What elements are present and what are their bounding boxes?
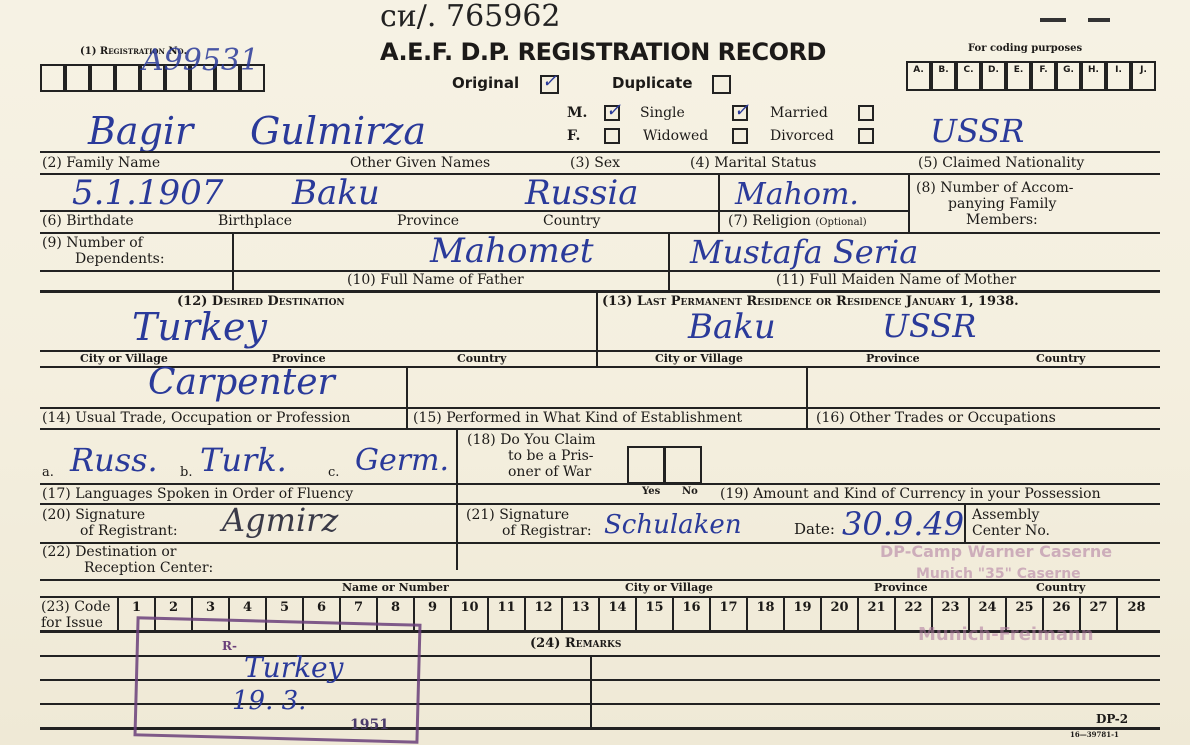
- code-cell[interactable]: 15: [637, 598, 674, 630]
- other-trades-label: (16) Other Trades or Occupations: [816, 411, 1056, 425]
- remarks-label: (24) Remarks: [530, 637, 621, 650]
- mother-name-value[interactable]: Mustafa Seria: [690, 236, 918, 268]
- lang-b-prefix: b.: [180, 466, 192, 479]
- coding-box[interactable]: F.: [1031, 61, 1056, 91]
- marital-married-checkbox[interactable]: [858, 105, 874, 121]
- dp-registration-card: ᴄᴎ/. 765962 (1) Registration No. A99531 …: [0, 0, 1190, 745]
- code-cell[interactable]: 28: [1118, 598, 1155, 630]
- code-cell[interactable]: 18: [748, 598, 785, 630]
- original-check-icon: ✓: [542, 73, 557, 91]
- accompanying-label-2: panying Family: [948, 197, 1056, 211]
- duplicate-label: Duplicate: [612, 76, 693, 91]
- birthdate-value[interactable]: 5.1.1907: [72, 176, 223, 210]
- code-label-2: for Issue: [41, 616, 103, 630]
- marital-single-check-icon: ✓: [734, 102, 749, 120]
- lang-a-value[interactable]: Russ.: [70, 444, 158, 476]
- code-cell[interactable]: 12: [526, 598, 563, 630]
- coding-box[interactable]: I.: [1106, 61, 1131, 91]
- code-cell[interactable]: 11: [489, 598, 526, 630]
- code-cell[interactable]: 17: [711, 598, 748, 630]
- lang-c-prefix: c.: [328, 466, 339, 479]
- coding-box[interactable]: E.: [1006, 61, 1031, 91]
- mother-name-label: (11) Full Maiden Name of Mother: [776, 273, 1016, 287]
- lang-c-value[interactable]: Germ.: [355, 446, 449, 476]
- pow-yes-label: Yes: [642, 487, 660, 497]
- camp-stamp-line-1: DP-Camp Warner Caserne: [880, 542, 1112, 561]
- dependents-label-2: Dependents:: [75, 252, 165, 266]
- assembly-label-2: Center No.: [972, 524, 1050, 538]
- remarks-stamp-year: 1951: [350, 718, 389, 732]
- last-residence-city-value[interactable]: Baku: [688, 310, 776, 344]
- sig-registrant-value[interactable]: Agmirz: [222, 504, 338, 536]
- sex-m-label: M.: [567, 106, 587, 120]
- sex-f-label: F.: [567, 129, 580, 143]
- code-cell[interactable]: 19: [785, 598, 822, 630]
- camp-stamp-line-2: Munich "35" Caserne: [916, 566, 1081, 582]
- destination-label-2: Reception Center:: [84, 561, 213, 575]
- name-or-number-label: Name or Number: [342, 582, 449, 593]
- dest-country-label: Country: [457, 353, 506, 364]
- sex-f-checkbox[interactable]: [604, 128, 620, 144]
- currency-label: (19) Amount and Kind of Currency in your…: [720, 487, 1101, 501]
- country-value[interactable]: Russia: [525, 176, 639, 210]
- birthplace-value[interactable]: Baku: [292, 176, 380, 210]
- coding-box[interactable]: H.: [1081, 61, 1106, 91]
- lang-a-prefix: a.: [42, 466, 54, 479]
- establishment-label: (15) Performed in What Kind of Establish…: [413, 411, 742, 425]
- res-city-label: City or Village: [655, 353, 743, 364]
- pow-label-2: to be a Pris-: [508, 449, 594, 463]
- camp-stamp-line-3: Munich-Freimann: [918, 624, 1094, 645]
- nationality-value[interactable]: USSR: [930, 115, 1024, 147]
- pow-no-label: No: [682, 487, 698, 497]
- remarks-stamp-prefix: R-: [222, 640, 237, 652]
- marital-married-label: Married: [770, 106, 828, 120]
- province-label: Province: [397, 214, 459, 228]
- coding-box[interactable]: B.: [931, 61, 956, 91]
- marital-divorced-label: Divorced: [770, 129, 834, 143]
- lang-b-value[interactable]: Turk.: [200, 444, 287, 476]
- trade-value[interactable]: Carpenter: [148, 365, 335, 401]
- nationality-label: (5) Claimed Nationality: [918, 156, 1084, 170]
- birthplace-label: Birthplace: [218, 214, 292, 228]
- family-name-value[interactable]: Bagir: [88, 112, 193, 150]
- religion-label-text: (7) Religion: [728, 213, 811, 229]
- date-value[interactable]: 30.9.49: [842, 508, 964, 540]
- pow-no-box[interactable]: [664, 446, 702, 484]
- date-label: Date:: [794, 522, 835, 537]
- religion-optional-text: (Optional): [815, 217, 866, 228]
- duplicate-checkbox[interactable]: [712, 75, 731, 94]
- religion-value[interactable]: Mahom.: [735, 180, 859, 210]
- sex-m-check-icon: ✓: [606, 102, 621, 120]
- pow-yes-box[interactable]: [627, 446, 665, 484]
- remarks-stamp-date: 19. 3.: [232, 688, 306, 714]
- code-cell[interactable]: 16: [674, 598, 711, 630]
- coding-box[interactable]: A.: [906, 61, 931, 91]
- res-country-label: Country: [1036, 353, 1085, 364]
- code-cell[interactable]: 20: [822, 598, 859, 630]
- coding-label: For coding purposes: [968, 44, 1082, 54]
- code-cell[interactable]: 10: [452, 598, 489, 630]
- sig-registrar-label-2: of Registrar:: [502, 524, 592, 538]
- accompanying-label-1: (8) Number of Accom-: [916, 181, 1074, 195]
- pow-label-3: oner of War: [508, 465, 591, 479]
- sig-registrar-value[interactable]: Schulaken: [604, 512, 742, 538]
- last-residence-province-value[interactable]: USSR: [882, 310, 976, 342]
- form-id: DP-2: [1096, 713, 1128, 725]
- coding-box[interactable]: C.: [956, 61, 981, 91]
- marital-divorced-checkbox[interactable]: [858, 128, 874, 144]
- sig-registrant-label-1: (20) Signature: [42, 508, 145, 522]
- res-province-label: Province: [866, 353, 920, 364]
- marital-single-label: Single: [640, 106, 685, 120]
- registration-no-value[interactable]: A99531: [142, 46, 259, 76]
- accompanying-label-3: Members:: [966, 213, 1038, 227]
- sig-registrant-label-2: of Registrant:: [80, 524, 178, 538]
- coding-box[interactable]: J.: [1131, 61, 1156, 91]
- pow-label-1: (18) Do You Claim: [467, 433, 596, 447]
- destination-label-1: (22) Destination or: [42, 545, 176, 559]
- birthdate-label: (6) Birthdate: [42, 214, 134, 228]
- file-number: ᴄᴎ/. 765962: [380, 2, 561, 32]
- father-name-value[interactable]: Mahomet: [430, 234, 593, 268]
- given-names-label: Other Given Names: [350, 156, 490, 170]
- country-label-row22: Country: [1036, 582, 1085, 593]
- religion-label: (7) Religion (Optional): [728, 214, 867, 228]
- city-or-village-label: City or Village: [625, 582, 713, 593]
- document-title: A.E.F. D.P. REGISTRATION RECORD: [380, 40, 826, 64]
- dependents-label-1: (9) Number of: [42, 236, 143, 250]
- country-label: Country: [543, 214, 600, 228]
- assembly-label-1: Assembly: [972, 508, 1039, 522]
- coding-box[interactable]: D.: [981, 61, 1006, 91]
- form-code: 16—39781-1: [1070, 731, 1119, 738]
- given-names-value[interactable]: Gulmirza: [250, 112, 426, 150]
- family-name-label: (2) Family Name: [42, 156, 160, 170]
- sex-label: (3) Sex: [570, 156, 620, 170]
- desired-destination-value[interactable]: Turkey: [132, 308, 267, 346]
- father-name-label: (10) Full Name of Father: [347, 273, 524, 287]
- trade-label: (14) Usual Trade, Occupation or Professi…: [42, 411, 350, 425]
- province-label-row22: Province: [874, 582, 928, 593]
- code-cell[interactable]: 14: [600, 598, 637, 630]
- code-label-1: (23) Code: [41, 600, 111, 614]
- original-label: Original: [452, 76, 519, 91]
- remarks-stamp-destination: Turkey: [244, 654, 343, 682]
- marital-widowed-label: Widowed: [643, 129, 708, 143]
- code-cell[interactable]: 21: [859, 598, 896, 630]
- marital-widowed-checkbox[interactable]: [732, 128, 748, 144]
- coding-box[interactable]: G.: [1056, 61, 1081, 91]
- sig-registrar-label-1: (21) Signature: [466, 508, 569, 522]
- code-cell[interactable]: 13: [563, 598, 600, 630]
- languages-label: (17) Languages Spoken in Order of Fluenc…: [42, 487, 353, 501]
- marital-status-label: (4) Marital Status: [690, 156, 816, 170]
